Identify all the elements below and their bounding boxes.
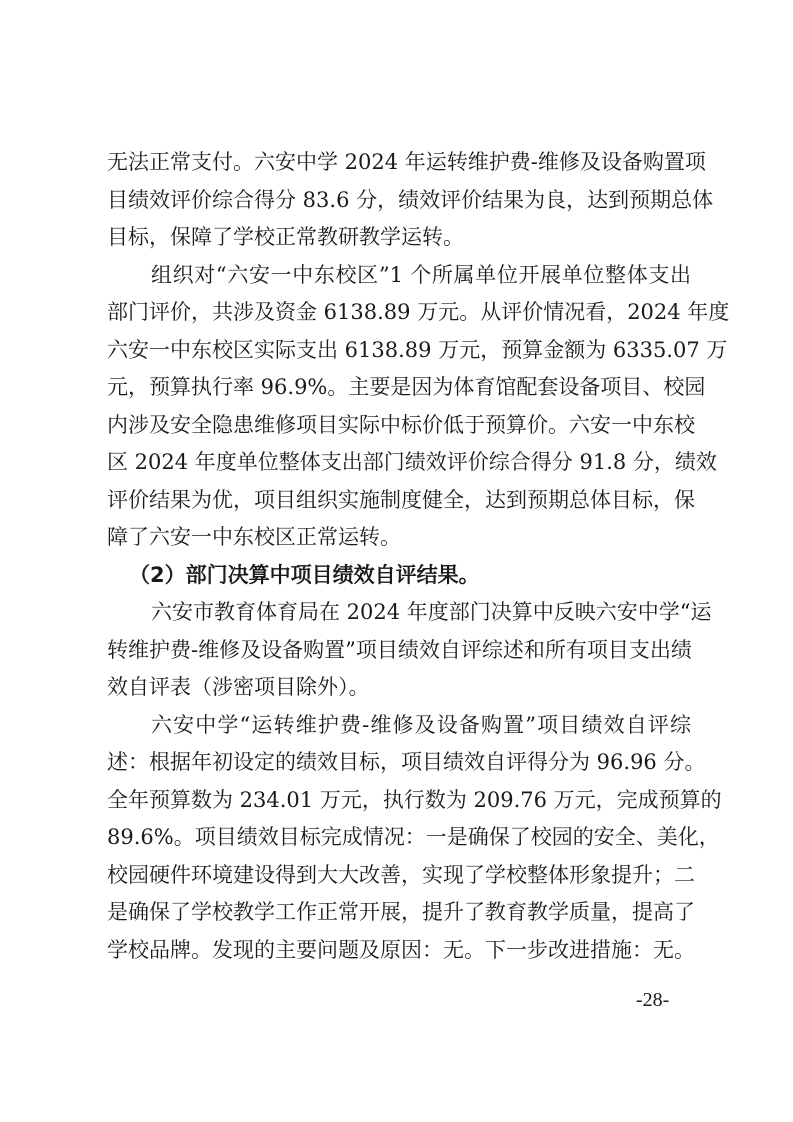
page-number: -28- xyxy=(636,989,669,1012)
text-line: 障了六安一中东校区正常运转。 xyxy=(107,519,691,557)
document-page: 无法正常支付。六安中学 2024 年运转维护费-维修及设备购置项 目绩效评价综合… xyxy=(107,144,691,969)
paragraph-self-evaluation-summary: 六安中学“运转维护费-维修及设备购置”项目绩效自评综 述：根据年初设定的绩效目标… xyxy=(107,707,691,970)
text-line: 学校品牌。发现的主要问题及原因：无。下一步改进措施：无。 xyxy=(107,932,691,970)
text-line: 内涉及安全隐患维修项目实际中标价低于预算价。六安一中东校 xyxy=(107,407,691,445)
paragraph-east-campus-evaluation: 组织对“六安一中东校区”1 个所属单位开展单位整体支出 部门评价，共涉及资金 6… xyxy=(107,257,691,557)
text-line: 转维护费-维修及设备购置”项目绩效自评综述和所有项目支出绩 xyxy=(107,632,691,670)
text-line: 六安市教育体育局在 2024 年度部门决算中反映六安中学“运 xyxy=(107,594,691,632)
text-line: 目绩效评价综合得分 83.6 分，绩效评价结果为良，达到预期总体 xyxy=(107,182,691,220)
heading-text: （2）部门决算中项目绩效自评结果。 xyxy=(107,557,691,595)
text-line: 六安中学“运转维护费-维修及设备购置”项目绩效自评综 xyxy=(107,707,691,745)
text-line: 目标，保障了学校正常教研教学运转。 xyxy=(107,219,691,257)
section-heading: （2）部门决算中项目绩效自评结果。 xyxy=(107,557,691,595)
paragraph-final-accounts-intro: 六安市教育体育局在 2024 年度部门决算中反映六安中学“运 转维护费-维修及设… xyxy=(107,594,691,707)
text-line: 区 2024 年度单位整体支出部门绩效评价综合得分 91.8 分，绩效 xyxy=(107,444,691,482)
text-line: 评价结果为优，项目组织实施制度健全，达到预期总体目标，保 xyxy=(107,482,691,520)
text-line: 全年预算数为 234.01 万元，执行数为 209.76 万元，完成预算的 xyxy=(107,782,691,820)
text-line: 述：根据年初设定的绩效目标，项目绩效自评得分为 96.96 分。 xyxy=(107,744,691,782)
text-line: 元，预算执行率 96.9%。主要是因为体育馆配套设备项目、校园 xyxy=(107,369,691,407)
text-line: 部门评价，共涉及资金 6138.89 万元。从评价情况看，2024 年度 xyxy=(107,294,691,332)
text-line: 无法正常支付。六安中学 2024 年运转维护费-维修及设备购置项 xyxy=(107,144,691,182)
text-line: 是确保了学校教学工作正常开展，提升了教育教学质量，提高了 xyxy=(107,894,691,932)
text-line: 校园硬件环境建设得到大大改善，实现了学校整体形象提升；二 xyxy=(107,857,691,895)
text-line: 六安一中东校区实际支出 6138.89 万元，预算金额为 6335.07 万 xyxy=(107,332,691,370)
text-line: 效自评表（涉密项目除外）。 xyxy=(107,669,691,707)
text-line: 89.6%。项目绩效目标完成情况：一是确保了校园的安全、美化， xyxy=(107,819,691,857)
paragraph-lu-an-school-evaluation: 无法正常支付。六安中学 2024 年运转维护费-维修及设备购置项 目绩效评价综合… xyxy=(107,144,691,257)
text-line: 组织对“六安一中东校区”1 个所属单位开展单位整体支出 xyxy=(107,257,691,295)
